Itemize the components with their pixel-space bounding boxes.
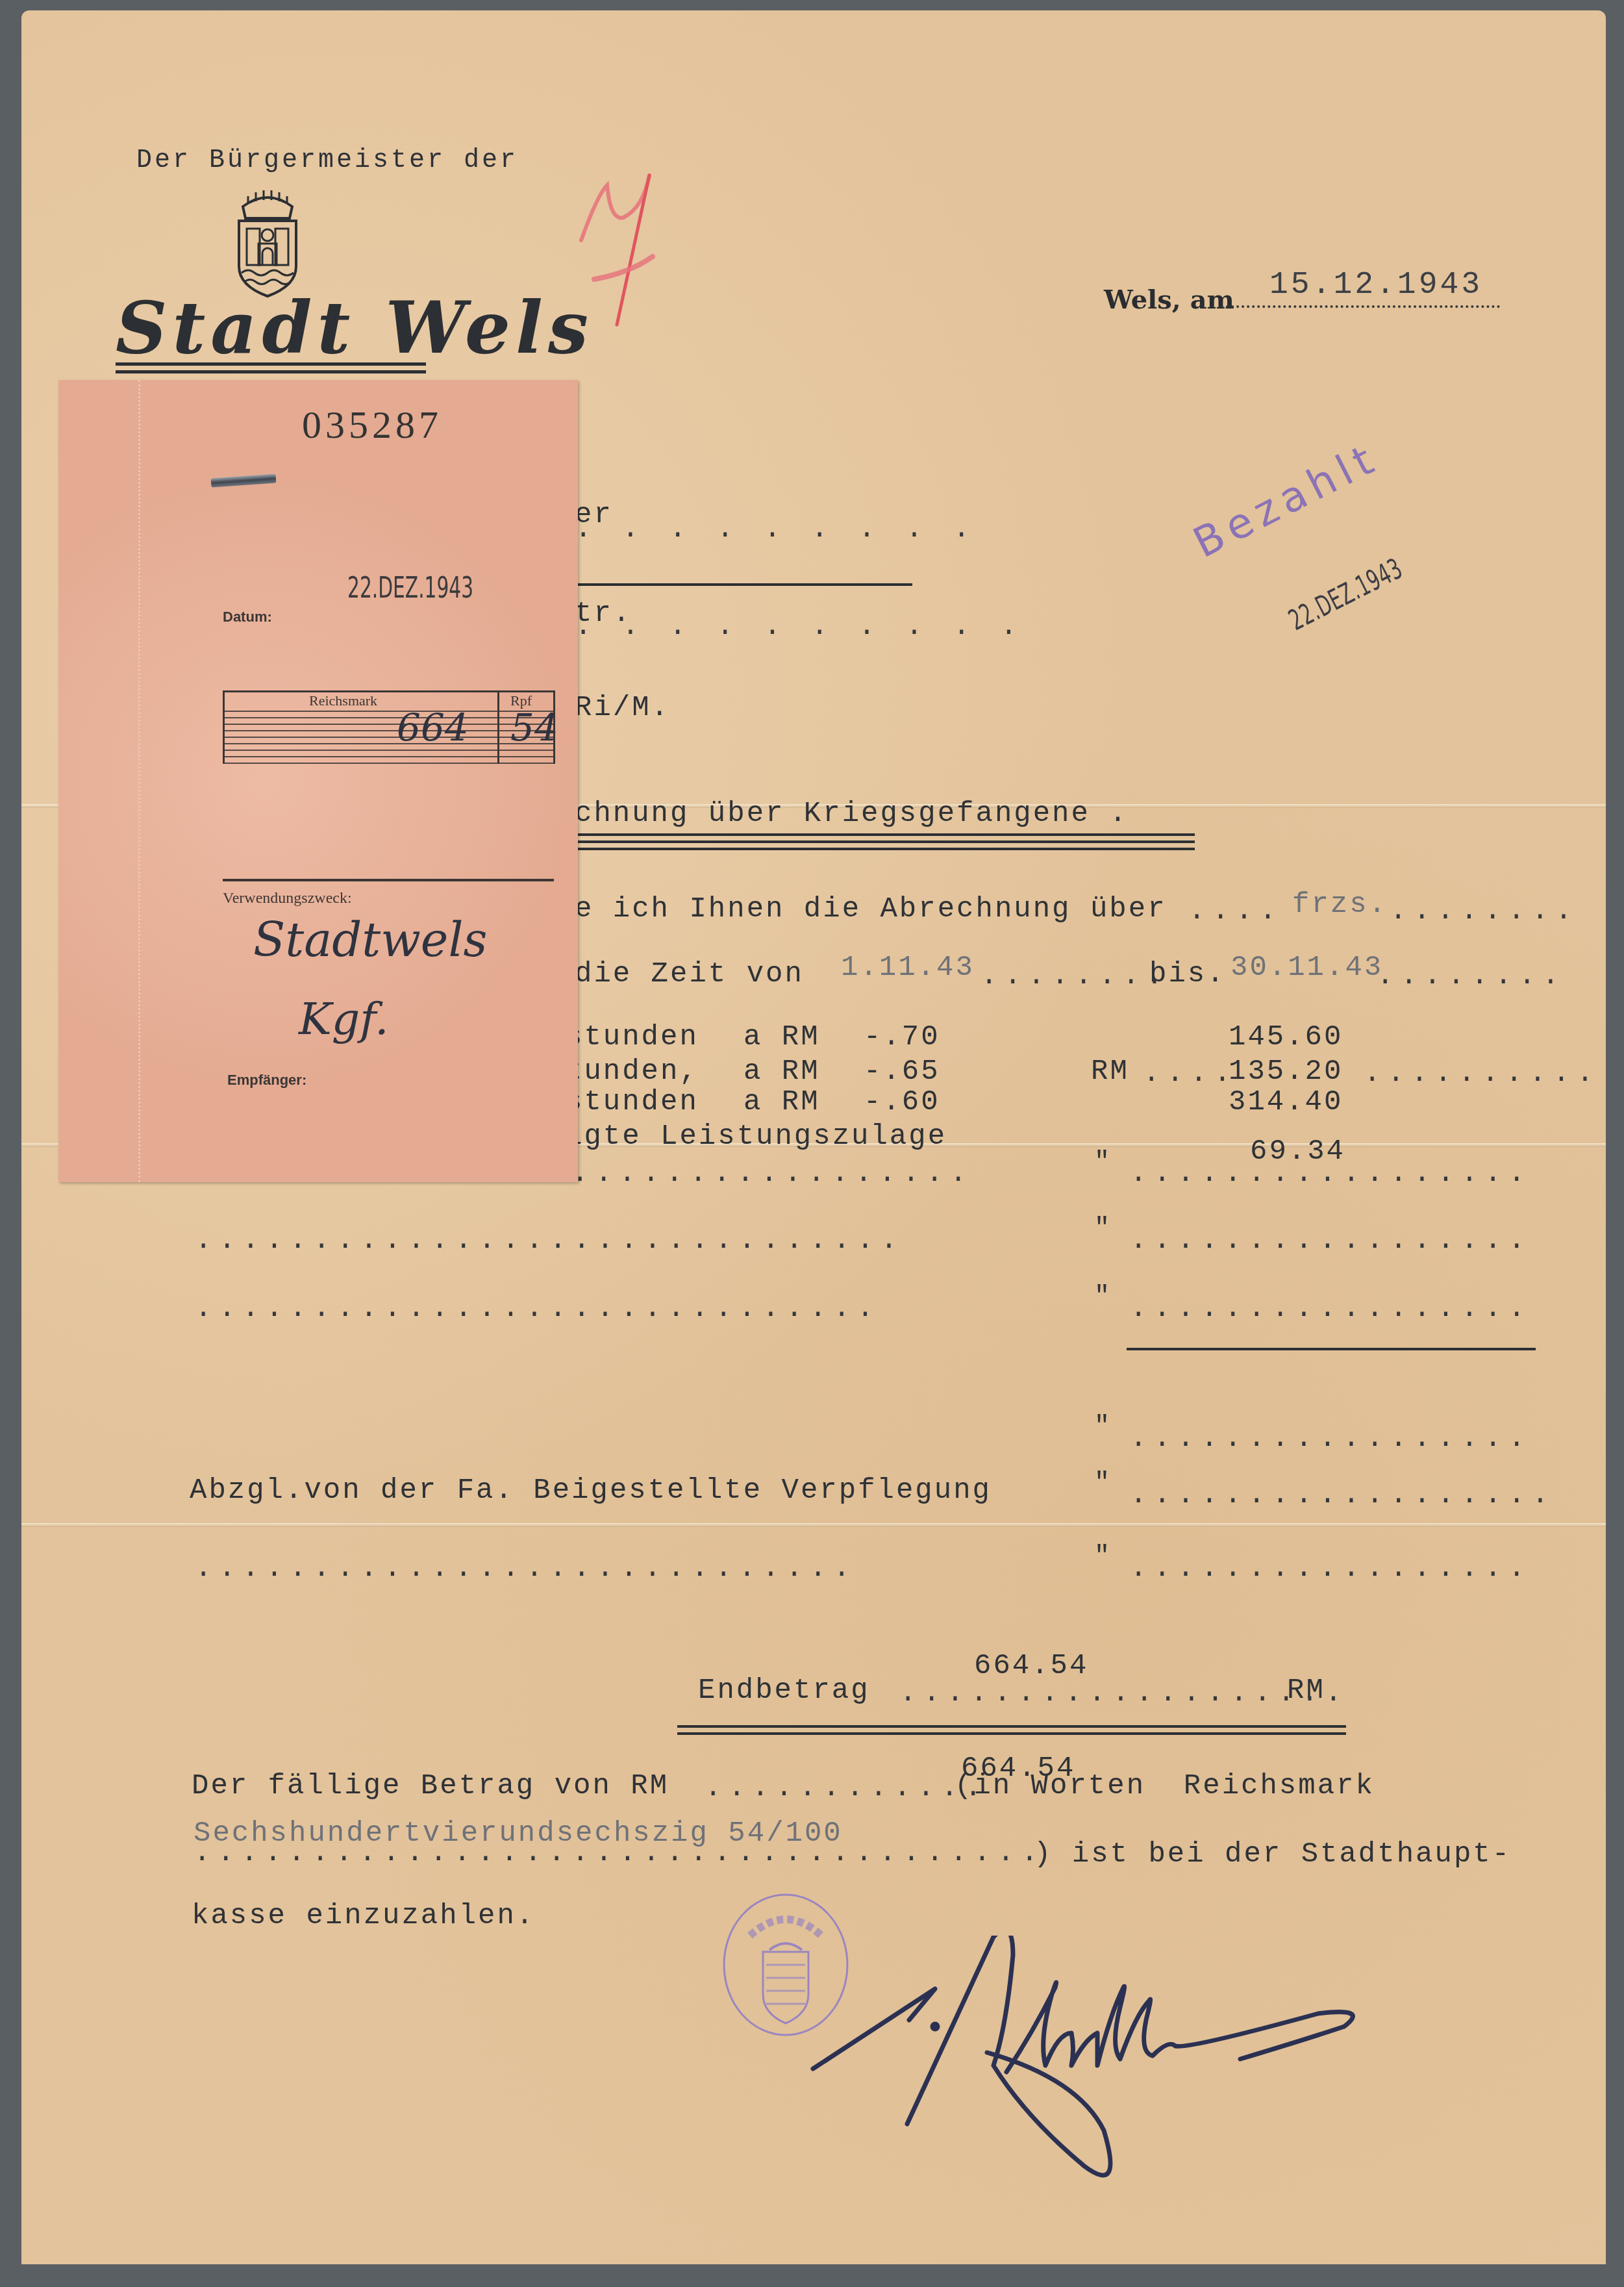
deduction-label: Abzgl.von der Fa. Beigestellte Verpflegu… <box>190 1474 992 1507</box>
dotted-fill: ........ <box>981 960 1169 992</box>
prisoner-type: frzs. <box>1292 889 1388 921</box>
ledger-row-2-amount: 135.20 <box>1229 1055 1343 1088</box>
purpose-label: Verwendungszweck: <box>223 890 352 907</box>
recipient-label: Empfänger: <box>227 1072 306 1089</box>
receipt-date-stamp: 22.DEZ.1943 <box>347 572 473 605</box>
date-dotted-line <box>1221 305 1500 308</box>
dotted-fill: ................. <box>1130 1224 1532 1257</box>
dotted-fill: ................. <box>571 1157 973 1190</box>
ditto-mark: " <box>1094 1413 1110 1442</box>
ledger-row-2-rate: -.65 <box>864 1055 940 1088</box>
address-rule <box>575 583 912 586</box>
ledger-row-4-label: igte Leistungszulage <box>565 1120 947 1153</box>
total-double-rule <box>677 1725 1346 1728</box>
payment-line-3: kasse einzuzahlen. <box>192 1900 535 1932</box>
city-coat-of-arms-icon <box>235 182 300 299</box>
red-pencil-mark <box>571 169 695 331</box>
paper-fold <box>21 1523 1606 1527</box>
issuer-line: Der Bürgermeister der <box>136 146 518 175</box>
ledger-row-2-rate-prefix: a RM <box>743 1055 820 1088</box>
staple <box>211 474 277 488</box>
city-wordmark: Stadt Wels <box>116 286 593 370</box>
payment-receipt-slip: 035287 22.DEZ.1943 Datum: Reichsmark Rpf… <box>58 380 578 1182</box>
reference-code: Ri/M. <box>575 692 670 724</box>
dotted-fill: .............................. <box>195 1224 904 1257</box>
dotted-fill: .... <box>1143 1057 1238 1090</box>
subject-line: chnung über Kriegsgefangene . <box>575 798 1129 830</box>
letter-date: 15.12.1943 <box>1269 268 1482 303</box>
period-to-label: bis. <box>1149 958 1226 991</box>
receipt-date-label: Datum: <box>223 609 272 625</box>
dotted-fill: ................. <box>1130 1157 1532 1190</box>
receipt-rule <box>223 879 554 881</box>
ditto-mark: " <box>1094 1148 1110 1178</box>
total-currency: RM <box>1287 1674 1325 1707</box>
amount-table: Reichsmark Rpf 664 54 <box>223 690 555 764</box>
purpose-handwritten-1: Stadtwels <box>253 913 487 967</box>
receipt-amount-rm: 664 <box>397 705 469 750</box>
perforation-line <box>138 380 140 1182</box>
ledger-row-3-rate-prefix: a RM <box>743 1086 820 1118</box>
dotted-fill: ................. <box>1130 1422 1532 1455</box>
ditto-mark: " <box>1094 1283 1110 1312</box>
dotted-fill: ........ <box>1390 895 1579 928</box>
ledger-row-2-label: tunden, <box>565 1055 699 1088</box>
ledger-row-1-rate-prefix: a RM <box>743 1021 820 1054</box>
dotted-fill: ................... <box>899 1677 1349 1710</box>
place-label: Wels, am <box>1104 284 1234 315</box>
purpose-handwritten-2: Kgf. <box>299 994 389 1045</box>
dotted-fill: . . . . . . . . . <box>575 513 977 546</box>
ditto-mark: " <box>1094 1215 1110 1244</box>
dotted-fill: ............ <box>705 1772 988 1804</box>
subject-underline <box>575 833 1195 836</box>
total-double-rule <box>677 1732 1346 1735</box>
intro-line-1: e ich Ihnen die Abrechnung über <box>575 893 1167 926</box>
period-to: 30.11.43 <box>1230 952 1383 984</box>
receipt-amount-rpf: 54 <box>510 705 558 750</box>
payment-line-2-suffix: ) ist bei der Stadthaupt- <box>1034 1838 1511 1871</box>
dotted-fill: ................. <box>1130 1293 1532 1325</box>
dotted-fill: .................. <box>1130 1479 1555 1511</box>
reichsmark-column-header: Reichsmark <box>309 692 377 709</box>
ledger-row-3-label: stunden <box>565 1086 699 1118</box>
payment-line-1-suffix: (in Worten Reichsmark <box>955 1770 1375 1802</box>
letterhead-rule <box>116 362 426 366</box>
dotted-fill: ........ <box>1377 960 1566 992</box>
ledger-row-1-label: stunden <box>565 1021 699 1054</box>
handwritten-signature <box>799 1936 1545 2208</box>
ledger-row-3-rate: -.60 <box>864 1086 940 1118</box>
letterhead-rule <box>116 370 426 373</box>
ditto-mark: " <box>1094 1543 1110 1572</box>
ledger-row-1-rate: -.70 <box>864 1021 940 1054</box>
ledger-row-1-amount: 145.60 <box>1229 1021 1343 1054</box>
receipt-number: 035287 <box>302 403 442 448</box>
dotted-fill: . . . . . . . . . . <box>575 611 1024 643</box>
subject-underline <box>575 848 1195 850</box>
period-from: 1.11.43 <box>841 952 975 984</box>
ledger-row-3-amount: 314.40 <box>1229 1086 1343 1118</box>
payment-line-1: Der fällige Betrag von RM <box>192 1770 669 1802</box>
dotted-fill: ............................ <box>195 1552 856 1585</box>
dotted-fill: ................. <box>1130 1552 1532 1585</box>
dotted-fill: ............................. <box>195 1293 881 1325</box>
ditto-mark: " <box>1094 1469 1110 1498</box>
ledger-currency: RM <box>1091 1055 1129 1088</box>
dotted-fill: .... <box>1188 895 1283 928</box>
total-label: Endbetrag <box>698 1674 870 1707</box>
subtotal-rule <box>1127 1348 1536 1350</box>
intro-line-2: die Zeit von <box>575 958 804 991</box>
dotted-fill: .................................... <box>194 1837 1045 1869</box>
subject-underline <box>575 840 1195 843</box>
dotted-fill: .......... <box>1364 1057 1600 1090</box>
